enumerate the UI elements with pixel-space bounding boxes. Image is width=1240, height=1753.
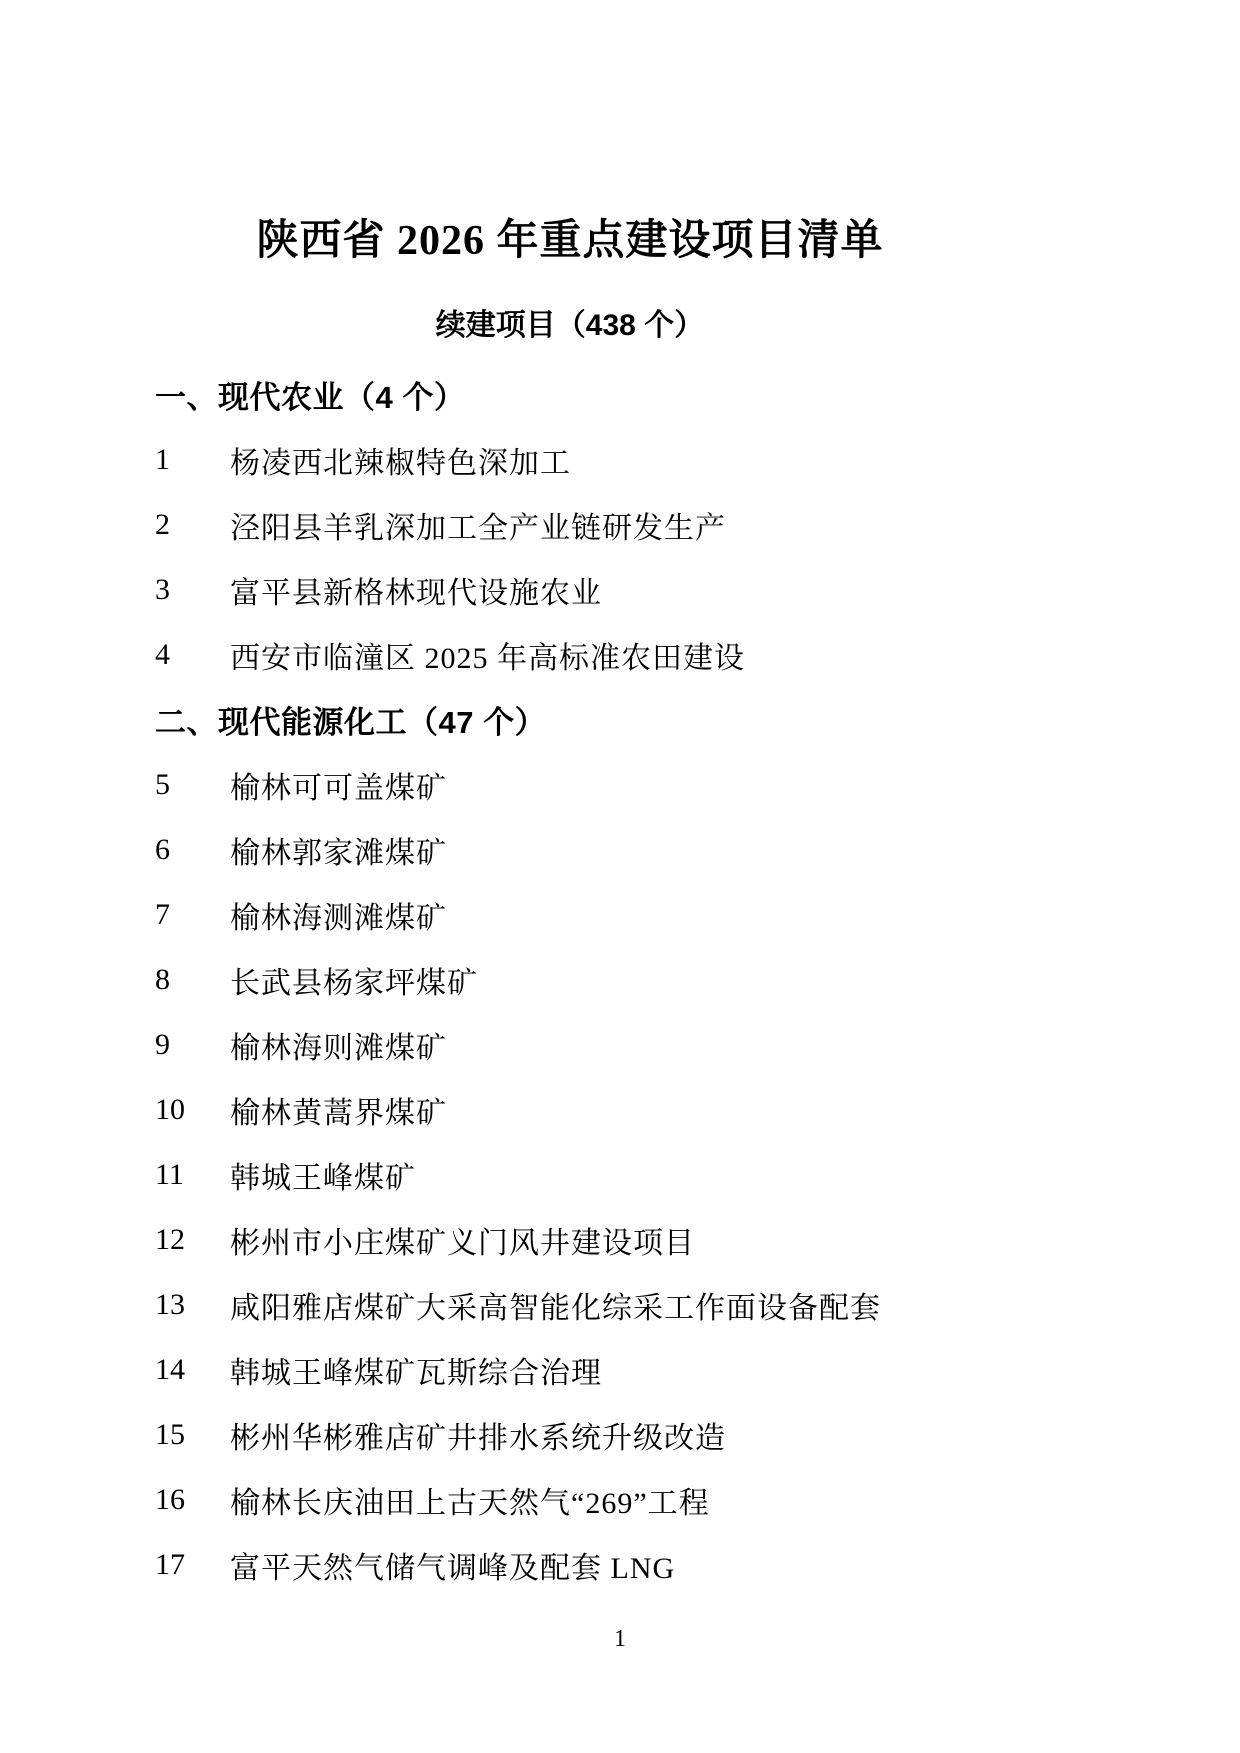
item-name: 榆林海则滩煤矿 xyxy=(230,1023,985,1067)
item-number: 17 xyxy=(155,1548,230,1582)
item-name: 彬州市小庄煤矿义门风井建设项目 xyxy=(230,1218,985,1262)
list-item: 10 榆林黄蒿界煤矿 xyxy=(155,1077,985,1142)
list-item: 2 泾阳县羊乳深加工全产业链研发生产 xyxy=(155,492,985,557)
section-items: 5 榆林可可盖煤矿 6 榆林郭家滩煤矿 7 榆林海测滩煤矿 8 长武县杨家坪煤矿… xyxy=(155,752,985,1597)
document-page: 陕西省 2026 年重点建设项目清单 续建项目（438 个） 一、现代农业（4 … xyxy=(0,0,1240,1753)
project-section: 二、现代能源化工（47 个） 5 榆林可可盖煤矿 6 榆林郭家滩煤矿 7 榆林海… xyxy=(155,687,985,1597)
project-section: 一、现代农业（4 个） 1 杨凌西北辣椒特色深加工 2 泾阳县羊乳深加工全产业链… xyxy=(155,362,985,687)
item-number: 2 xyxy=(155,508,230,542)
section-heading: 一、现代农业（4 个） xyxy=(155,362,985,427)
item-number: 3 xyxy=(155,573,230,607)
list-item: 15 彬州华彬雅店矿井排水系统升级改造 xyxy=(155,1402,985,1467)
item-name: 咸阳雅店煤矿大采高智能化综采工作面设备配套 xyxy=(230,1283,985,1327)
item-name: 彬州华彬雅店矿井排水系统升级改造 xyxy=(230,1413,985,1457)
item-number: 14 xyxy=(155,1353,230,1387)
page-title: 陕西省 2026 年重点建设项目清单 xyxy=(155,0,985,264)
item-number: 16 xyxy=(155,1483,230,1517)
item-number: 6 xyxy=(155,833,230,867)
list-item: 11 韩城王峰煤矿 xyxy=(155,1142,985,1207)
list-item: 6 榆林郭家滩煤矿 xyxy=(155,817,985,882)
item-number: 13 xyxy=(155,1288,230,1322)
page-subtitle: 续建项目（438 个） xyxy=(155,309,985,342)
item-name: 榆林黄蒿界煤矿 xyxy=(230,1088,985,1132)
list-item: 1 杨凌西北辣椒特色深加工 xyxy=(155,427,985,492)
list-item: 12 彬州市小庄煤矿义门风井建设项目 xyxy=(155,1207,985,1272)
document-content: 陕西省 2026 年重点建设项目清单 续建项目（438 个） 一、现代农业（4 … xyxy=(155,0,985,1597)
list-item: 9 榆林海则滩煤矿 xyxy=(155,1012,985,1077)
item-name: 榆林可可盖煤矿 xyxy=(230,763,985,807)
list-item: 4 西安市临潼区 2025 年高标准农田建设 xyxy=(155,622,985,687)
item-number: 10 xyxy=(155,1093,230,1127)
item-number: 5 xyxy=(155,768,230,802)
section-heading: 二、现代能源化工（47 个） xyxy=(155,687,985,752)
item-number: 1 xyxy=(155,443,230,477)
list-item: 5 榆林可可盖煤矿 xyxy=(155,752,985,817)
list-item: 16 榆林长庆油田上古天然气“269”工程 xyxy=(155,1467,985,1532)
item-name: 富平县新格林现代设施农业 xyxy=(230,568,985,612)
sections-container: 一、现代农业（4 个） 1 杨凌西北辣椒特色深加工 2 泾阳县羊乳深加工全产业链… xyxy=(155,362,985,1597)
item-name: 榆林海测滩煤矿 xyxy=(230,893,985,937)
item-number: 4 xyxy=(155,638,230,672)
list-item: 13 咸阳雅店煤矿大采高智能化综采工作面设备配套 xyxy=(155,1272,985,1337)
list-item: 17 富平天然气储气调峰及配套 LNG xyxy=(155,1532,985,1597)
item-name: 杨凌西北辣椒特色深加工 xyxy=(230,438,985,482)
item-name: 榆林长庆油田上古天然气“269”工程 xyxy=(230,1478,985,1522)
item-number: 12 xyxy=(155,1223,230,1257)
item-name: 长武县杨家坪煤矿 xyxy=(230,958,985,1002)
item-number: 8 xyxy=(155,963,230,997)
item-name: 泾阳县羊乳深加工全产业链研发生产 xyxy=(230,503,985,547)
item-name: 富平天然气储气调峰及配套 LNG xyxy=(230,1543,985,1587)
item-name: 西安市临潼区 2025 年高标准农田建设 xyxy=(230,633,985,677)
item-number: 9 xyxy=(155,1028,230,1062)
section-items: 1 杨凌西北辣椒特色深加工 2 泾阳县羊乳深加工全产业链研发生产 3 富平县新格… xyxy=(155,427,985,687)
page-number: 1 xyxy=(0,1626,1240,1653)
item-name: 韩城王峰煤矿瓦斯综合治理 xyxy=(230,1348,985,1392)
list-item: 7 榆林海测滩煤矿 xyxy=(155,882,985,947)
item-name: 榆林郭家滩煤矿 xyxy=(230,828,985,872)
item-number: 15 xyxy=(155,1418,230,1452)
list-item: 8 长武县杨家坪煤矿 xyxy=(155,947,985,1012)
list-item: 14 韩城王峰煤矿瓦斯综合治理 xyxy=(155,1337,985,1402)
item-number: 7 xyxy=(155,898,230,932)
list-item: 3 富平县新格林现代设施农业 xyxy=(155,557,985,622)
item-number: 11 xyxy=(155,1158,230,1192)
item-name: 韩城王峰煤矿 xyxy=(230,1153,985,1197)
